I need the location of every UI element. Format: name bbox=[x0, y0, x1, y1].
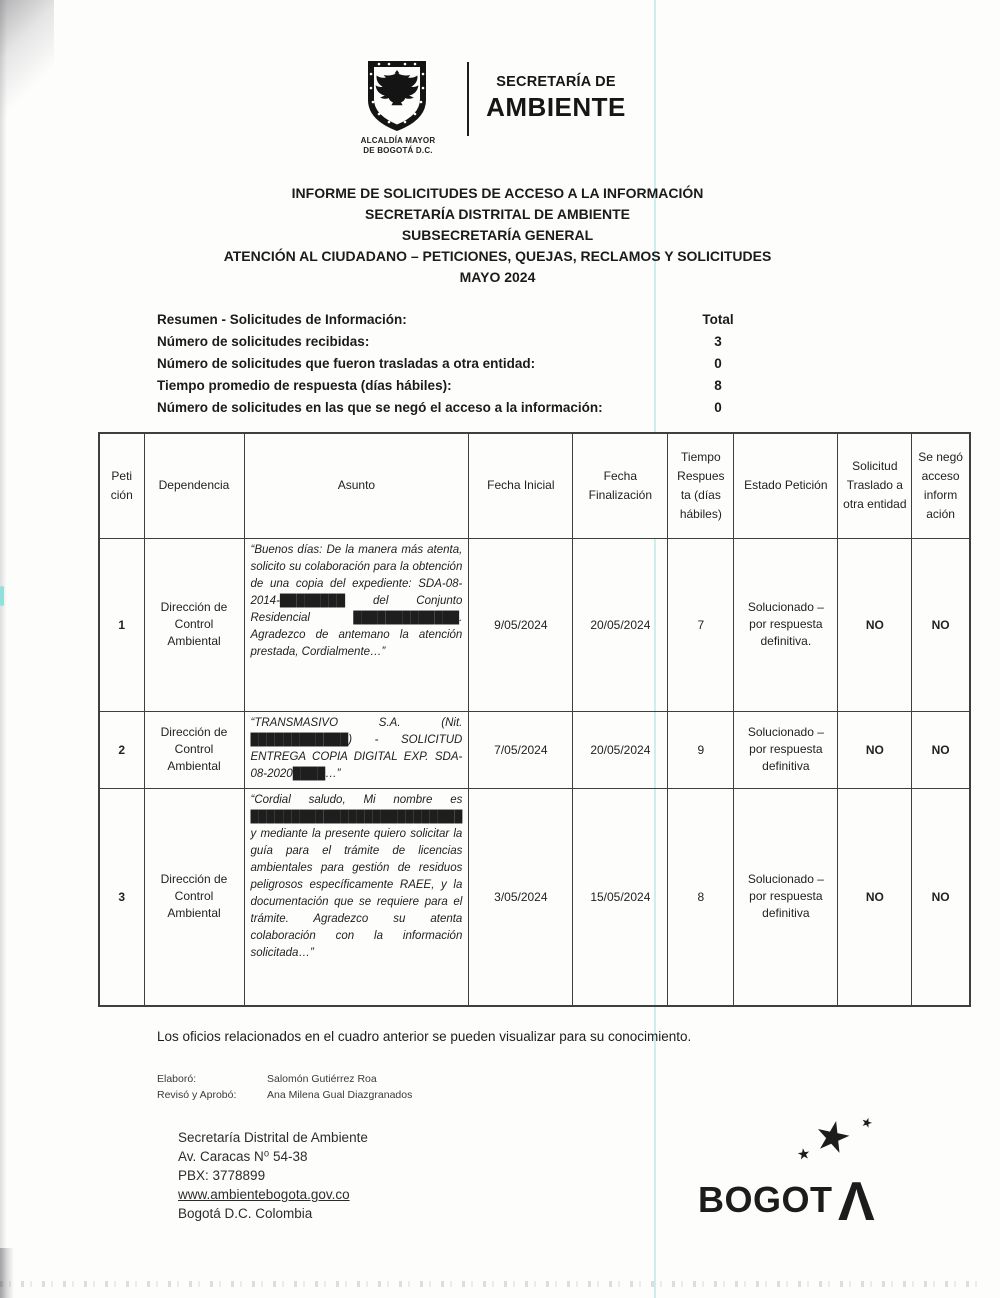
signature-block: Elaboró:Salomón Gutiérrez RoaRevisó y Ap… bbox=[157, 1071, 412, 1103]
cell-asunto: “TRANSMASIVO S.A. (Nit. ████████████) - … bbox=[244, 711, 469, 788]
signature-label: Revisó y Aprobó: bbox=[157, 1087, 267, 1103]
logo-wordmark: BOGOT bbox=[698, 1179, 833, 1221]
cell-peticion: 1 bbox=[99, 538, 144, 711]
cell-estado: Solucionado – por respuesta definitiva bbox=[734, 788, 838, 1006]
cell-nego: NO bbox=[912, 538, 970, 711]
logo-caret-glyph: Λ bbox=[838, 1174, 875, 1229]
cell-fecha_finalizacion: 20/05/2024 bbox=[573, 538, 668, 711]
document-title: INFORME DE SOLICITUDES DE ACCESO A LA IN… bbox=[45, 183, 950, 288]
cell-traslado: NO bbox=[838, 711, 912, 788]
alcaldia-mayor-crest-icon bbox=[364, 58, 430, 134]
table-body: 1Dirección de Control Ambiental“Buenos d… bbox=[99, 538, 970, 1006]
signature-label: Elaboró: bbox=[157, 1071, 267, 1087]
requests-table: Peti ciónDependenciaAsuntoFecha InicialF… bbox=[98, 432, 971, 1007]
summary-value: 0 bbox=[657, 400, 779, 415]
scan-smudge-bottom-left bbox=[0, 1248, 14, 1298]
secretaria-ambiente-wordmark: SECRETARÍA DE AMBIENTE bbox=[486, 74, 626, 123]
brand-line2: AMBIENTE bbox=[486, 92, 626, 123]
cell-peticion: 2 bbox=[99, 711, 144, 788]
column-header: Fecha Finalización bbox=[573, 433, 668, 538]
crest-caption-line2: DE BOGOTÁ D.C. bbox=[338, 146, 458, 156]
crest-caption: ALCALDÍA MAYOR DE BOGOTÁ D.C. bbox=[338, 136, 458, 156]
table-row: 3Dirección de Control Ambiental“Cordial … bbox=[99, 788, 970, 1006]
column-header: Se negó acceso inform ación bbox=[912, 433, 970, 538]
brand-line1: SECRETARÍA DE bbox=[486, 74, 626, 90]
summary-label: Número de solicitudes recibidas: bbox=[157, 334, 657, 349]
column-header: Asunto bbox=[244, 433, 469, 538]
summary-value: 0 bbox=[657, 356, 779, 371]
summary-label: Número de solicitudes en las que se negó… bbox=[157, 400, 657, 415]
signature-row: Revisó y Aprobó:Ana Milena Gual Diazgran… bbox=[157, 1087, 412, 1103]
table-header-row: Peti ciónDependenciaAsuntoFecha InicialF… bbox=[99, 433, 970, 538]
logo-star-small-icon: ★ bbox=[796, 1144, 812, 1164]
scanned-document-page: ALCALDÍA MAYOR DE BOGOTÁ D.C. SECRETARÍA… bbox=[0, 0, 1000, 1298]
summary-row: Número de solicitudes que fueron traslad… bbox=[157, 352, 779, 374]
cell-nego: NO bbox=[912, 711, 970, 788]
column-header: Peti ción bbox=[99, 433, 144, 538]
summary-row: Resumen - Solicitudes de Información:Tot… bbox=[157, 308, 779, 330]
column-header: Dependencia bbox=[144, 433, 244, 538]
column-header: Fecha Inicial bbox=[469, 433, 573, 538]
website-link[interactable]: www.ambientebogota.gov.co bbox=[178, 1185, 368, 1204]
crest-caption-line1: ALCALDÍA MAYOR bbox=[338, 136, 458, 146]
summary-label: Tiempo promedio de respuesta (días hábil… bbox=[157, 378, 657, 393]
cell-fecha_inicial: 3/05/2024 bbox=[469, 788, 573, 1006]
column-header: Solicitud Traslado a otra entidad bbox=[838, 433, 912, 538]
scan-cyan-mark bbox=[0, 586, 4, 606]
address-line: Secretaría Distrital de Ambiente bbox=[178, 1128, 368, 1147]
summary-value: 8 bbox=[657, 378, 779, 393]
cell-fecha_finalizacion: 20/05/2024 bbox=[573, 711, 668, 788]
summary-row: Número de solicitudes recibidas:3 bbox=[157, 330, 779, 352]
address-line: PBX: 3778899 bbox=[178, 1166, 368, 1185]
title-line: SUBSECRETARÍA GENERAL bbox=[45, 225, 950, 246]
title-line: MAYO 2024 bbox=[45, 267, 950, 288]
header-divider bbox=[467, 62, 469, 136]
address-line: Av. Caracas N⁰ 54-38 bbox=[178, 1147, 368, 1166]
cell-fecha_finalizacion: 15/05/2024 bbox=[573, 788, 668, 1006]
scan-smudge-top-left bbox=[0, 0, 54, 120]
summary-block: Resumen - Solicitudes de Información:Tot… bbox=[157, 308, 779, 418]
title-line: SECRETARÍA DISTRITAL DE AMBIENTE bbox=[45, 204, 950, 225]
cell-asunto: “Cordial saludo, Mi nombre es ██████████… bbox=[244, 788, 469, 1006]
note-text: Los oficios relacionados en el cuadro an… bbox=[157, 1029, 837, 1044]
cell-asunto: “Buenos días: De la manera más atenta, s… bbox=[244, 538, 469, 711]
cell-nego: NO bbox=[912, 788, 970, 1006]
cell-estado: Solucionado – por respuesta definitiva. bbox=[734, 538, 838, 711]
column-header: Estado Petición bbox=[734, 433, 838, 538]
cell-dependencia: Dirección de Control Ambiental bbox=[144, 711, 244, 788]
cell-peticion: 3 bbox=[99, 788, 144, 1006]
logo-star-big-icon: ★ bbox=[809, 1109, 856, 1165]
signature-row: Elaboró:Salomón Gutiérrez Roa bbox=[157, 1071, 412, 1087]
cell-dependencia: Dirección de Control Ambiental bbox=[144, 538, 244, 711]
summary-label: Resumen - Solicitudes de Información: bbox=[157, 312, 657, 327]
cell-traslado: NO bbox=[838, 538, 912, 711]
cell-tiempo: 8 bbox=[668, 788, 734, 1006]
cell-traslado: NO bbox=[838, 788, 912, 1006]
title-line: ATENCIÓN AL CIUDADANO – PETICIONES, QUEJ… bbox=[45, 246, 950, 267]
cell-fecha_inicial: 9/05/2024 bbox=[469, 538, 573, 711]
summary-label: Número de solicitudes que fueron traslad… bbox=[157, 356, 657, 371]
signature-value: Ana Milena Gual Diazgranados bbox=[267, 1087, 412, 1103]
summary-value: Total bbox=[657, 312, 779, 327]
column-header: Tiempo Respues ta (días hábiles) bbox=[668, 433, 734, 538]
scan-left-edge-shadow bbox=[0, 0, 7, 1298]
bogota-logo: ★ ★ ★ BOGOT Λ bbox=[698, 1128, 893, 1223]
footer-address: Secretaría Distrital de AmbienteAv. Cara… bbox=[178, 1128, 368, 1223]
cell-tiempo: 9 bbox=[668, 711, 734, 788]
summary-row: Tiempo promedio de respuesta (días hábil… bbox=[157, 374, 779, 396]
logo-star-tiny-icon: ★ bbox=[859, 1114, 875, 1133]
summary-value: 3 bbox=[657, 334, 779, 349]
cell-tiempo: 7 bbox=[668, 538, 734, 711]
scan-noise-band-bottom bbox=[0, 1281, 980, 1287]
cell-dependencia: Dirección de Control Ambiental bbox=[144, 788, 244, 1006]
signature-value: Salomón Gutiérrez Roa bbox=[267, 1071, 377, 1087]
table-row: 2Dirección de Control Ambiental“TRANSMAS… bbox=[99, 711, 970, 788]
summary-row: Número de solicitudes en las que se negó… bbox=[157, 396, 779, 418]
address-line: Bogotá D.C. Colombia bbox=[178, 1204, 368, 1223]
cell-estado: Solucionado – por respuesta definitiva bbox=[734, 711, 838, 788]
table-row: 1Dirección de Control Ambiental“Buenos d… bbox=[99, 538, 970, 711]
cell-fecha_inicial: 7/05/2024 bbox=[469, 711, 573, 788]
title-line: INFORME DE SOLICITUDES DE ACCESO A LA IN… bbox=[45, 183, 950, 204]
